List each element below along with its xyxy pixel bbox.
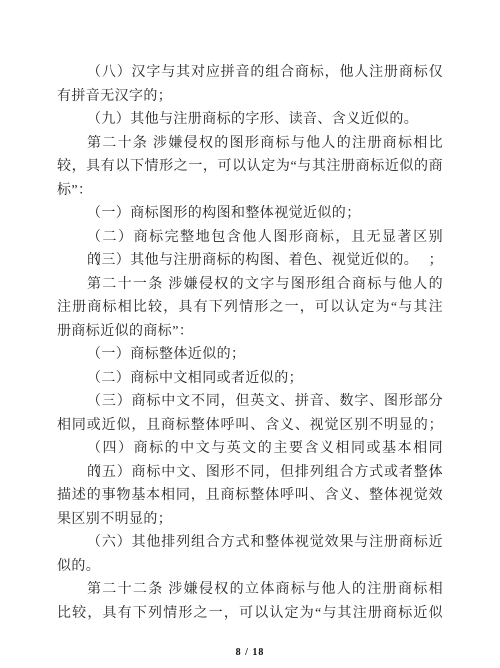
text-line: 有拼音无汉字的； [57,85,443,109]
text-line: （二）商标中文相同或者近似的； [57,367,443,391]
text-line: 比较，具有下列情形之一，可以认定为“与其注册商标近似 [57,602,443,626]
text-line: （八）汉字与其对应拼音的组合商标，他人注册商标仅 [57,61,443,85]
page-number: 8 / 18 [236,647,265,658]
text-line: （六）其他排列组合方式和整体视觉效果与注册商标近 [57,531,443,555]
page: （八）汉字与其对应拼音的组合商标，他人注册商标仅有拼音无汉字的；（九）其他与注册… [0,0,500,668]
text-line: 标”： [57,179,443,203]
text-line: 似的。 [57,555,443,579]
text-line: （一）商标图形的构图和整体视觉近似的； [57,202,443,226]
text-line: 第二十一条 涉嫌侵权的文字与图形组合商标与他人的 [57,273,443,297]
text-line: 第二十条 涉嫌侵权的图形商标与他人的注册商标相比 [57,132,443,156]
text-line: 注册商标相比较，具有下列情形之一，可以认定为“与其注 [57,296,443,320]
text-line: 描述的事物基本相同，且商标整体呼叫、含义、整体视觉效 [57,484,443,508]
text-line: （四）商标的中文与英文的主要含义相同或基本相同的； [57,437,443,461]
text-line: 第二十二条 涉嫌侵权的立体商标与他人的注册商标相 [57,578,443,602]
text-line: （一）商标整体近似的； [57,343,443,367]
text-line: （二）商标完整地包含他人图形商标，且无显著区别的； [57,226,443,250]
text-line: 相同或近似，且商标整体呼叫、含义、视觉区别不明显的； [57,414,443,438]
text-line: （三）商标中文不同，但英文、拼音、数字、图形部分 [57,390,443,414]
text-line: （九）其他与注册商标的字形、读音、含义近似的。 [57,108,443,132]
page-footer: 8 / 18 [0,647,500,659]
text-line: （五）商标中文、图形不同，但排列组合方式或者整体 [57,461,443,485]
text-line: （三）其他与注册商标的构图、着色、视觉近似的。 [57,249,443,273]
text-line: 册商标近似的商标”： [57,320,443,344]
document-body: （八）汉字与其对应拼音的组合商标，他人注册商标仅有拼音无汉字的；（九）其他与注册… [57,61,443,625]
text-line: 果区别不明显的； [57,508,443,532]
text-line: 较，具有以下情形之一，可以认定为“与其注册商标近似的商 [57,155,443,179]
document-page: { "document": { "lines": [ { "text": "（八… [0,0,500,668]
